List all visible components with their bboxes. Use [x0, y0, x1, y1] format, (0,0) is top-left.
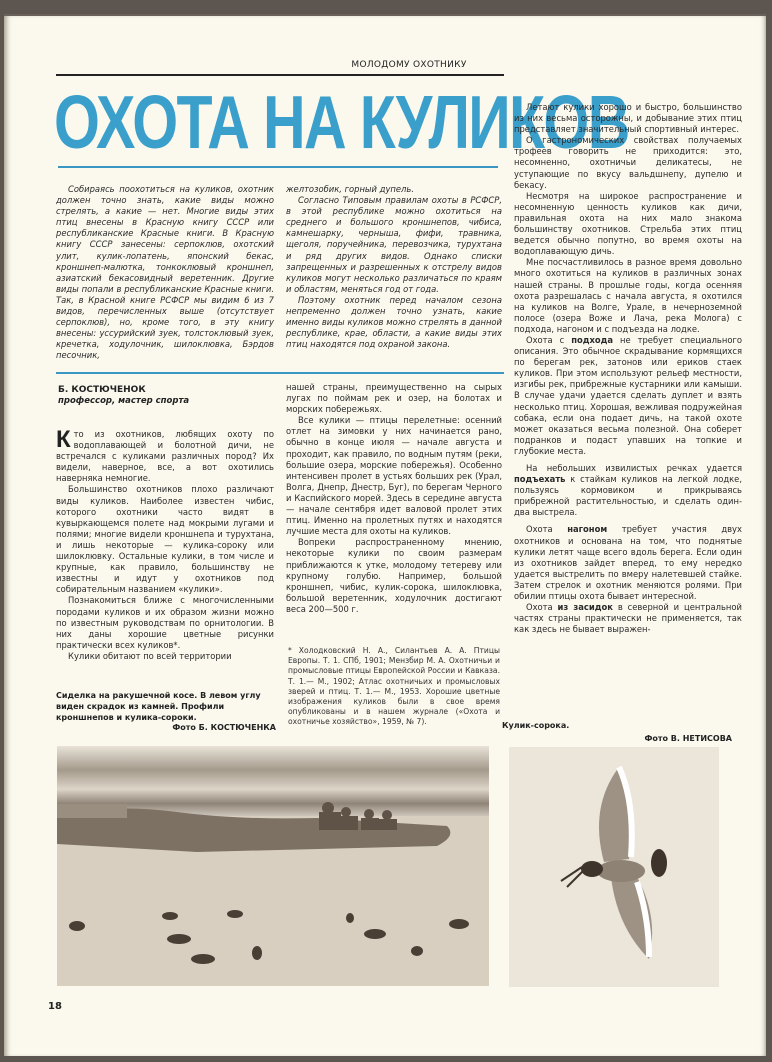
paragraph-text: На небольших извилистых речках удается [526, 463, 742, 473]
article-paragraph: Охота из засидок в северной и центрально… [514, 602, 742, 635]
footnote: * Холодковский Н. А., Силантьев А. А. Пт… [288, 646, 500, 728]
photo2-credit: Фото В. НЕТИСОВА [502, 734, 732, 743]
intro-paragraph: Собираясь поохотиться на куликов, охотни… [56, 184, 274, 362]
article-paragraph: Вопреки распространенному мнению, некото… [286, 537, 502, 615]
article-paragraph: Летают кулики хорошо и быстро, большинст… [514, 102, 742, 135]
paragraph-text: не требует специального описания. Это об… [514, 335, 742, 456]
paragraph-text: Охота с [526, 335, 571, 345]
article-paragraph: Большинство охотников плохо различают ви… [56, 484, 274, 595]
article-paragraph: нашей страны, преимущественно на сырых л… [286, 382, 502, 415]
shorebirds-photo-icon [57, 746, 489, 986]
photo1-caption: Сиделка на ракушечной косе. В левом углу… [56, 690, 276, 723]
article-paragraph: Несмотря на широкое распространение и не… [514, 191, 742, 258]
paragraph-text: требует участия двух охотников и основан… [514, 524, 742, 601]
drop-cap: К [56, 430, 71, 450]
intro-paragraph: желтозобик, горный дупель. [286, 184, 502, 195]
article-paragraph: Охота нагоном требует участия двух охотн… [514, 524, 742, 602]
photo1-caption-block: Сиделка на ракушечной косе. В левом углу… [56, 690, 276, 732]
article-paragraph: Кто из охотников, любящих охоту по водоп… [56, 429, 274, 484]
header-rule [56, 74, 504, 76]
article-paragraph: Кулики обитают по всей территории [56, 651, 274, 662]
article-paragraph: Познакомиться ближе с многочисленными по… [56, 595, 274, 650]
author-name: Б. КОСТЮЧЕНОК [58, 384, 278, 396]
section-rubric: МОЛОДОМУ ОХОТНИКУ [314, 60, 504, 70]
emphasis: подъехать [514, 474, 565, 484]
photo1-credit: Фото Б. КОСТЮЧЕНКА [56, 723, 276, 732]
oystercatcher-photo-icon [509, 747, 719, 987]
article-column-1: Кто из охотников, любящих охоту по водоп… [56, 429, 274, 662]
author-credentials: профессор, мастер спорта [58, 396, 278, 406]
article-paragraph: Мне посчастливилось в разное время довол… [514, 257, 742, 335]
intro-paragraph: Поэтому охотник перед началом сезона неп… [286, 295, 502, 350]
intro-column-1: Собираясь поохотиться на куликов, охотни… [56, 184, 274, 362]
emphasis: из засидок [558, 602, 613, 612]
intro-divider [56, 372, 504, 374]
photo-oystercatcher-in-flight [509, 747, 719, 987]
paragraph-text: Охота [526, 602, 558, 612]
article-paragraph: Охота с подхода не требует специального … [514, 335, 742, 457]
paragraph-text: Охота [526, 524, 567, 534]
title-underline [58, 166, 498, 168]
byline: Б. КОСТЮЧЕНОК профессор, мастер спорта [58, 384, 278, 406]
emphasis: подхода [571, 335, 613, 345]
photo2-caption-block: Кулик-сорока. Фото В. НЕТИСОВА [502, 720, 732, 743]
article-paragraph: Все кулики — птицы перелетные: осенний о… [286, 415, 502, 537]
photo-curlews-on-shell-spit [57, 746, 489, 986]
article-column-3: Летают кулики хорошо и быстро, большинст… [514, 102, 742, 635]
paragraph-text: то из охотников, любящих охоту по водопл… [56, 429, 274, 483]
intro-column-2: желтозобик, горный дупель. Согласно Типо… [286, 184, 502, 350]
article-column-2: нашей страны, преимущественно на сырых л… [286, 382, 502, 615]
article-title: ОХОТА НА КУЛИКОВ [54, 81, 421, 165]
emphasis: нагоном [567, 524, 607, 534]
intro-paragraph: Согласно Типовым правилам охоты в РСФСР,… [286, 195, 502, 295]
article-paragraph: О гастрономических свойствах получаемых … [514, 135, 742, 190]
photo2-caption: Кулик-сорока. [502, 720, 732, 731]
article-paragraph: На небольших извилистых речках удается п… [514, 463, 742, 518]
page-number: 18 [48, 1001, 62, 1012]
magazine-page: МОЛОДОМУ ОХОТНИКУ ОХОТА НА КУЛИКОВ Собир… [4, 14, 766, 1056]
